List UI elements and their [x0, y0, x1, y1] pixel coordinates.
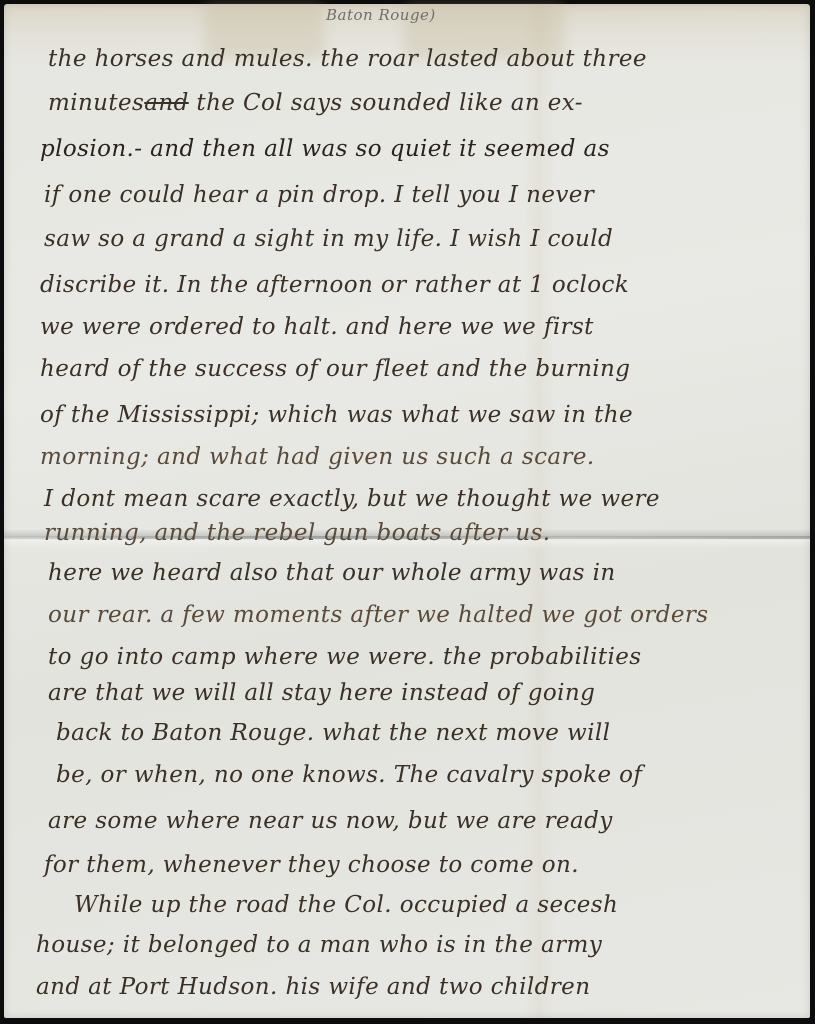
letter-line-12: running, and the rebel gun boats after u… [44, 520, 551, 546]
letter-line-19: are some where near us now, but we are r… [48, 808, 613, 834]
word: minutes [48, 90, 144, 116]
letter-page: Baton Rouge) the horses and mules. the r… [4, 4, 810, 1018]
letter-line-16: are that we will all stay here instead o… [48, 680, 595, 706]
letter-line-6: discribe it. In the afternoon or rather … [40, 272, 629, 298]
letter-line-9: of the Mississippi; which was what we sa… [40, 402, 633, 428]
letter-line-13: here we heard also that our whole army w… [48, 560, 616, 586]
letter-line-21: While up the road the Col. occupied a se… [74, 892, 618, 918]
letter-line-5: saw so a grand a sight in my life. I wis… [44, 226, 613, 252]
letter-line-20: for them, whenever they choose to come o… [44, 852, 579, 878]
letter-line-22: house; it belonged to a man who is in th… [36, 932, 602, 958]
letter-line-1: the horses and mules. the roar lasted ab… [48, 46, 647, 72]
letter-line-3: plosion.- and then all was so quiet it s… [40, 136, 610, 162]
header-note: Baton Rouge) [326, 6, 436, 24]
letter-line-10: morning; and what had given us such a sc… [40, 444, 595, 470]
letter-line-8: heard of the success of our fleet and th… [40, 356, 630, 382]
letter-line-23: and at Port Hudson. his wife and two chi… [36, 974, 590, 1000]
letter-line-11: I dont mean scare exactly, but we though… [44, 486, 660, 512]
struck-word: and [144, 90, 188, 116]
letter-line-4: if one could hear a pin drop. I tell you… [44, 182, 594, 208]
letter-line-14: our rear. a few moments after we halted … [48, 602, 708, 628]
letter-line-15: to go into camp where we were. the proba… [48, 644, 641, 670]
letter-line-2: minutesand the Col says sounded like an … [48, 90, 583, 116]
line-continuation: the Col says sounded like an ex- [196, 90, 583, 116]
letter-line-7: we were ordered to halt. and here we we … [40, 314, 594, 340]
letter-line-18: be, or when, no one knows. The cavalry s… [56, 762, 642, 788]
letter-line-17: back to Baton Rouge. what the next move … [56, 720, 610, 746]
